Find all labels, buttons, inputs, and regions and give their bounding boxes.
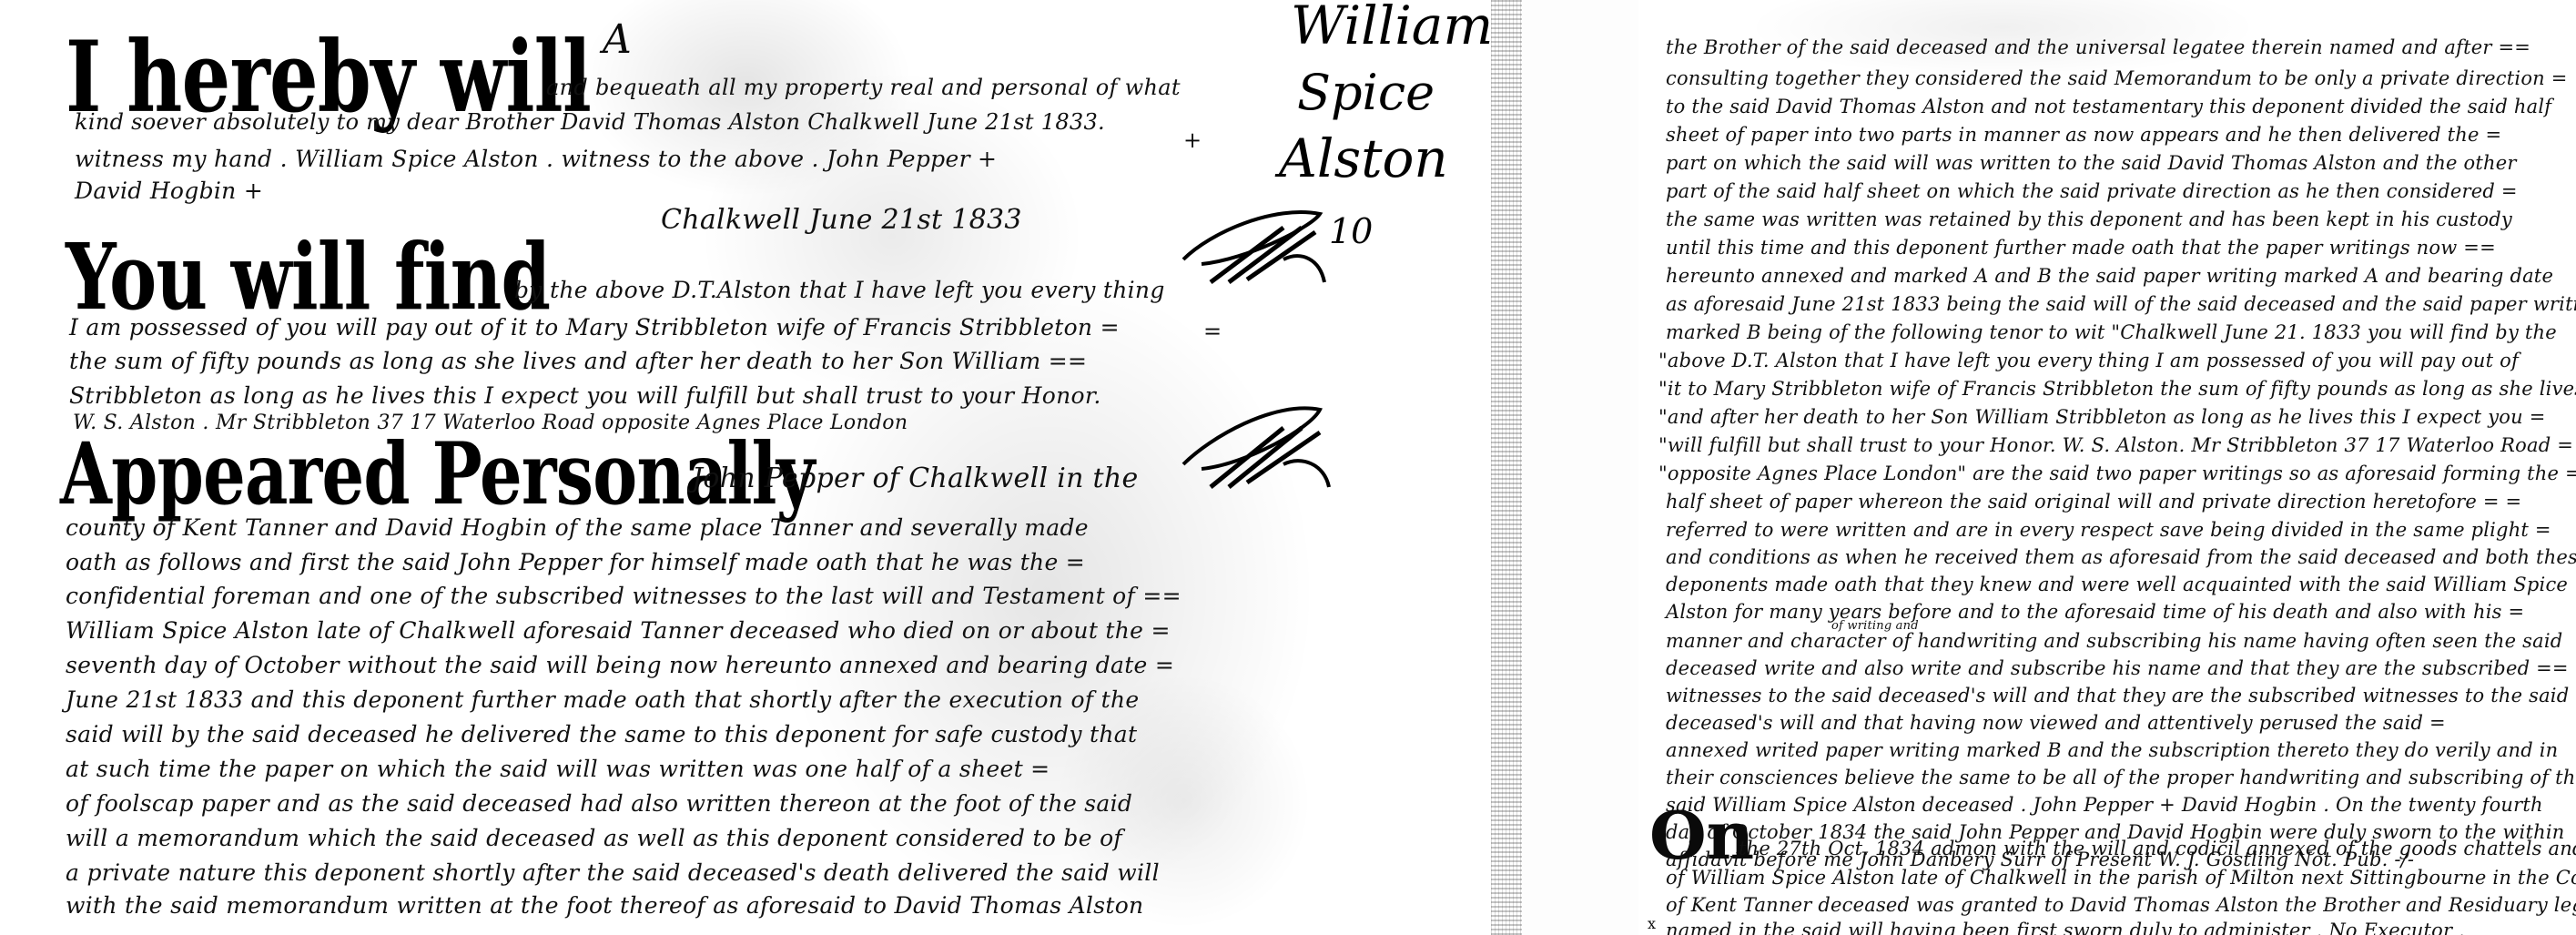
body-line: "will fulfill but shall trust to your Ho… (1658, 434, 2573, 456)
find-heading: You will find (66, 229, 550, 324)
body-line: "it to Mary Stribbleton wife of Francis … (1658, 378, 2576, 400)
body-line: the Brother of the said deceased and the… (1666, 36, 2530, 58)
body-line: marked B being of the following tenor to… (1666, 321, 2557, 343)
body-line: annexed writed paper writing marked B an… (1666, 739, 2558, 761)
will-line: and bequeath all my property real and pe… (546, 75, 1181, 100)
body-line: their consciences believe the same to be… (1666, 767, 2576, 788)
body-line: "and after her death to her Son William … (1658, 406, 2546, 428)
appeared-line: county of Kent Tanner and David Hogbin o… (66, 514, 1089, 541)
margin-mark: + (1183, 127, 1202, 153)
margin-signature-middle: Spice (1297, 64, 1435, 121)
right-page: the Brother of the said deceased and the… (1638, 0, 2576, 935)
find-line: I am possessed of you will pay out of it… (69, 314, 1120, 340)
appeared-line: of foolscap paper and as the said deceas… (66, 790, 1132, 817)
body-line: said William Spice Alston deceased . Joh… (1666, 794, 2543, 816)
margin-signature-last: Alston (1279, 127, 1448, 189)
find-line: Stribbleton as long as he lives this I e… (69, 382, 1101, 409)
find-line: by the above D.T.Alston that I have left… (514, 277, 1165, 303)
appeared-line: will a memorandum which the said decease… (66, 825, 1122, 851)
appeared-line: June 21st 1833 and this deponent further… (66, 686, 1139, 713)
margin-signature-first: William (1291, 0, 1493, 56)
appeared-line: said will by the said deceased he delive… (66, 721, 1137, 747)
body-line: the same was written was retained by thi… (1666, 208, 2512, 230)
will-line: kind soever absolutely to my dear Brothe… (75, 109, 1105, 135)
on-line: named in the said will having been first… (1666, 920, 2465, 935)
body-line: deceased's will and that having now view… (1666, 712, 2446, 734)
appeared-line: confidential foreman and one of the subs… (66, 583, 1182, 609)
body-line: "above D.T. Alston that I have left you … (1658, 350, 2519, 371)
body-line: part on which the said will was written … (1666, 152, 2517, 174)
left-page: I hereby will A and bequeath all my prop… (0, 0, 1522, 935)
appeared-line: with the said memorandum written at the … (66, 892, 1143, 919)
on-line: of William Spice Alston late of Chalkwel… (1666, 867, 2576, 889)
page-gutter (1522, 0, 1638, 935)
on-line: of Kent Tanner deceased was granted to D… (1666, 894, 2576, 916)
body-line: referred to were written and are in ever… (1666, 519, 2551, 541)
appeared-line: William Spice Alston late of Chalkwell a… (66, 617, 1171, 644)
body-line: "opposite Agnes Place London" are the sa… (1658, 462, 2576, 484)
find-line: the sum of fifty pounds as long as she l… (69, 348, 1087, 374)
body-line: witnesses to the said deceased's will an… (1666, 685, 2576, 706)
margin-mark: x (1648, 915, 1656, 932)
initials-flourish-icon (1174, 391, 1338, 492)
appeared-inline: John Pepper of Chalkwell in the (692, 462, 1139, 494)
appeared-line: oath as follows and first the said John … (66, 549, 1085, 575)
body-line: consulting together they considered the … (1666, 67, 2568, 89)
appeared-line: at such time the paper on which the said… (66, 756, 1050, 782)
body-line: to the said David Thomas Alston and not … (1666, 96, 2551, 117)
body-line: deponents made oath that they knew and w… (1666, 574, 2568, 595)
insertion-caret: A (603, 16, 632, 63)
body-line: and conditions as when he received them … (1666, 546, 2576, 568)
body-line: Alston for many years before and to the … (1666, 601, 2524, 623)
body-line: sheet of paper into two parts in manner … (1666, 124, 2501, 146)
body-line: manner and character of handwriting and … (1666, 630, 2562, 652)
body-line: hereunto annexed and marked A and B the … (1666, 265, 2553, 287)
body-line: half sheet of paper whereon the said ori… (1666, 491, 2521, 513)
body-line: until this time and this deponent furthe… (1666, 237, 2496, 259)
will-line: David Hogbin + (75, 178, 263, 204)
appeared-line: seventh day of October without the said … (66, 652, 1174, 678)
body-line: as aforesaid June 21st 1833 being the sa… (1666, 293, 2576, 315)
will-line: witness my hand . William Spice Alston .… (75, 146, 997, 172)
initials-flourish-icon (1174, 196, 1338, 287)
margin-mark: = (1203, 319, 1222, 344)
body-line: part of the said half sheet on which the… (1666, 180, 2518, 202)
on-line: the 27th Oct. 1834 admon with the will a… (1739, 838, 2576, 859)
body-line: deceased write and also write and subscr… (1666, 657, 2569, 679)
dateline: Chalkwell June 21st 1833 (661, 204, 1022, 236)
appeared-line: a private nature this deponent shortly a… (66, 859, 1160, 886)
